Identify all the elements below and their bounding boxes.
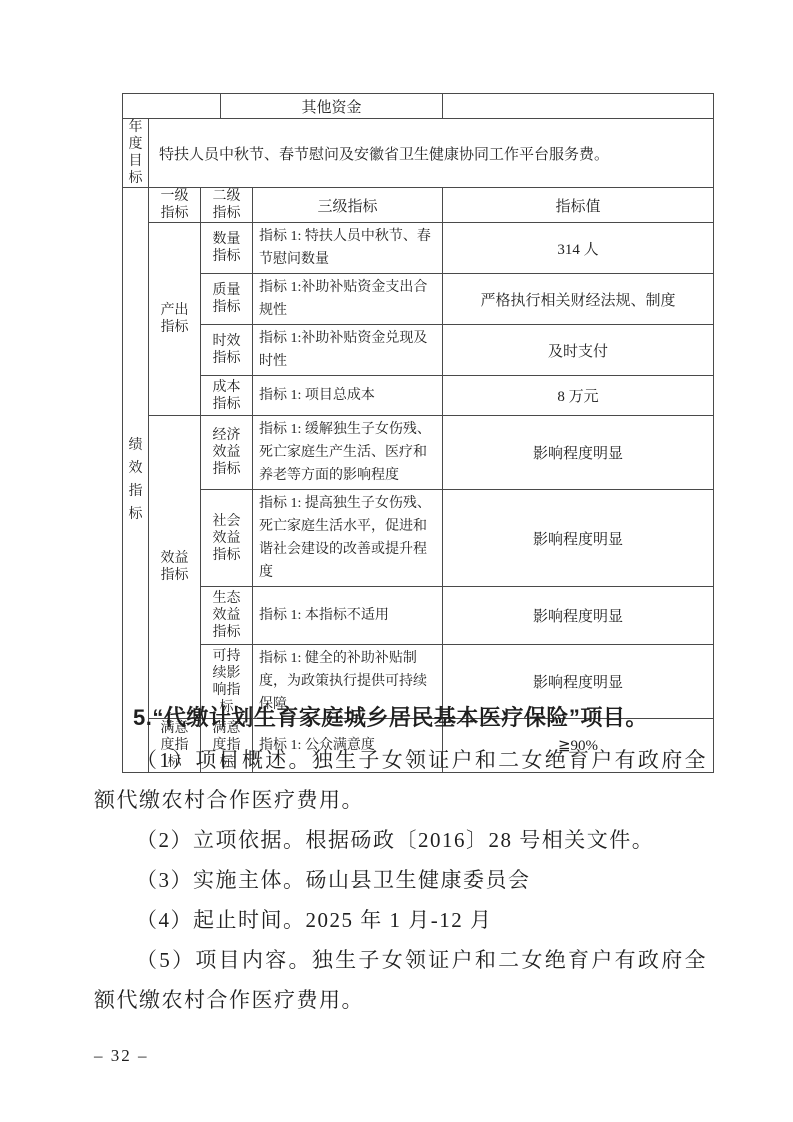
indicator-text: 指标 1: 提高独生子女伤残、死亡家庭生活水平，促进和谐社会建设的改善或提升程度: [253, 490, 443, 587]
funding-other-value: [443, 94, 714, 119]
funding-other-label: 其他资金: [221, 94, 443, 119]
table-row-quality: 质量指标 指标 1:补助补贴资金支出合规性 严格执行相关财经法规、制度: [123, 274, 714, 325]
header-value: 指标值: [443, 188, 714, 223]
table-row: 其他资金: [123, 94, 714, 119]
header-level1: 一级指标: [149, 188, 201, 223]
paragraph-content: （5）项目内容。独生子女领证户和二女绝育户有政府全额代缴农村合作医疗费用。: [94, 940, 707, 1020]
level2-label: 时效指标: [201, 325, 253, 376]
indicator-value: 8 万元: [443, 376, 714, 416]
indicator-text: 指标 1:补助补贴资金支出合规性: [253, 274, 443, 325]
indicator-text: 指标 1:补助补贴资金兑现及时性: [253, 325, 443, 376]
header-level3: 三级指标: [253, 188, 443, 223]
indicator-value: 严格执行相关财经法规、制度: [443, 274, 714, 325]
table-row-economic: 效益指标 经济效益指标 指标 1: 缓解独生子女伤残、死亡家庭生产生活、医疗和养…: [123, 416, 714, 490]
annual-goal-label: 年度目标: [123, 119, 149, 188]
indicator-value: 影响程度明显: [443, 416, 714, 490]
indicator-text: 指标 1: 特扶人员中秋节、春节慰问数量: [253, 223, 443, 274]
table-row-ecological: 生态效益指标 指标 1: 本指标不适用 影响程度明显: [123, 587, 714, 645]
level2-label: 成本指标: [201, 376, 253, 416]
level2-label: 数量指标: [201, 223, 253, 274]
project-indicator-table: 其他资金 年度目标 特扶人员中秋节、春节慰问及安徽省卫生健康协同工作平台服务费。…: [122, 93, 714, 773]
paragraph-basis: （2）立项依据。根据砀政〔2016〕28 号相关文件。: [94, 820, 707, 860]
paragraph-duration: （4）起止时间。2025 年 1 月-12 月: [94, 900, 707, 940]
performance-side-label: 绩效指标: [123, 188, 149, 773]
level2-label: 质量指标: [201, 274, 253, 325]
body-text-section: 5.“代缴计划生育家庭城乡居民基本医疗保险”项目。 （1）项目概述。独生子女领证…: [94, 696, 707, 1020]
indicator-value: 314 人: [443, 223, 714, 274]
performance-table: 其他资金 年度目标 特扶人员中秋节、春节慰问及安徽省卫生健康协同工作平台服务费。…: [122, 93, 713, 773]
indicator-value: 及时支付: [443, 325, 714, 376]
level1-benefit-label: 效益指标: [149, 416, 201, 719]
indicator-text: 指标 1: 项目总成本: [253, 376, 443, 416]
table-row-timeliness: 时效指标 指标 1:补助补贴资金兑现及时性 及时支付: [123, 325, 714, 376]
indicator-text: 指标 1: 本指标不适用: [253, 587, 443, 645]
level2-label: 社会效益指标: [201, 490, 253, 587]
header-level2: 二级指标: [201, 188, 253, 223]
page-number: – 32 –: [94, 1046, 149, 1066]
paragraph-implementer: （3）实施主体。砀山县卫生健康委员会: [94, 860, 707, 900]
empty-cell: [123, 94, 221, 119]
table-header-row: 绩效指标 一级指标 二级指标 三级指标 指标值: [123, 188, 714, 223]
table-row-cost: 成本指标 指标 1: 项目总成本 8 万元: [123, 376, 714, 416]
document-page: 其他资金 年度目标 特扶人员中秋节、春节慰问及安徽省卫生健康协同工作平台服务费。…: [0, 0, 793, 1122]
table-row: 年度目标 特扶人员中秋节、春节慰问及安徽省卫生健康协同工作平台服务费。: [123, 119, 714, 188]
level2-label: 经济效益指标: [201, 416, 253, 490]
indicator-text: 指标 1: 缓解独生子女伤残、死亡家庭生产生活、医疗和养老等方面的影响程度: [253, 416, 443, 490]
table-row-quantity: 产出指标 数量指标 指标 1: 特扶人员中秋节、春节慰问数量 314 人: [123, 223, 714, 274]
indicator-value: 影响程度明显: [443, 587, 714, 645]
paragraph-overview: （1）项目概述。独生子女领证户和二女绝育户有政府全额代缴农村合作医疗费用。: [94, 740, 707, 820]
table-row-social: 社会效益指标 指标 1: 提高独生子女伤残、死亡家庭生活水平，促进和谐社会建设的…: [123, 490, 714, 587]
level1-output-label: 产出指标: [149, 223, 201, 416]
indicator-value: 影响程度明显: [443, 490, 714, 587]
level2-label: 生态效益指标: [201, 587, 253, 645]
annual-goal-text: 特扶人员中秋节、春节慰问及安徽省卫生健康协同工作平台服务费。: [149, 119, 714, 188]
section-heading: 5.“代缴计划生育家庭城乡居民基本医疗保险”项目。: [94, 696, 707, 740]
